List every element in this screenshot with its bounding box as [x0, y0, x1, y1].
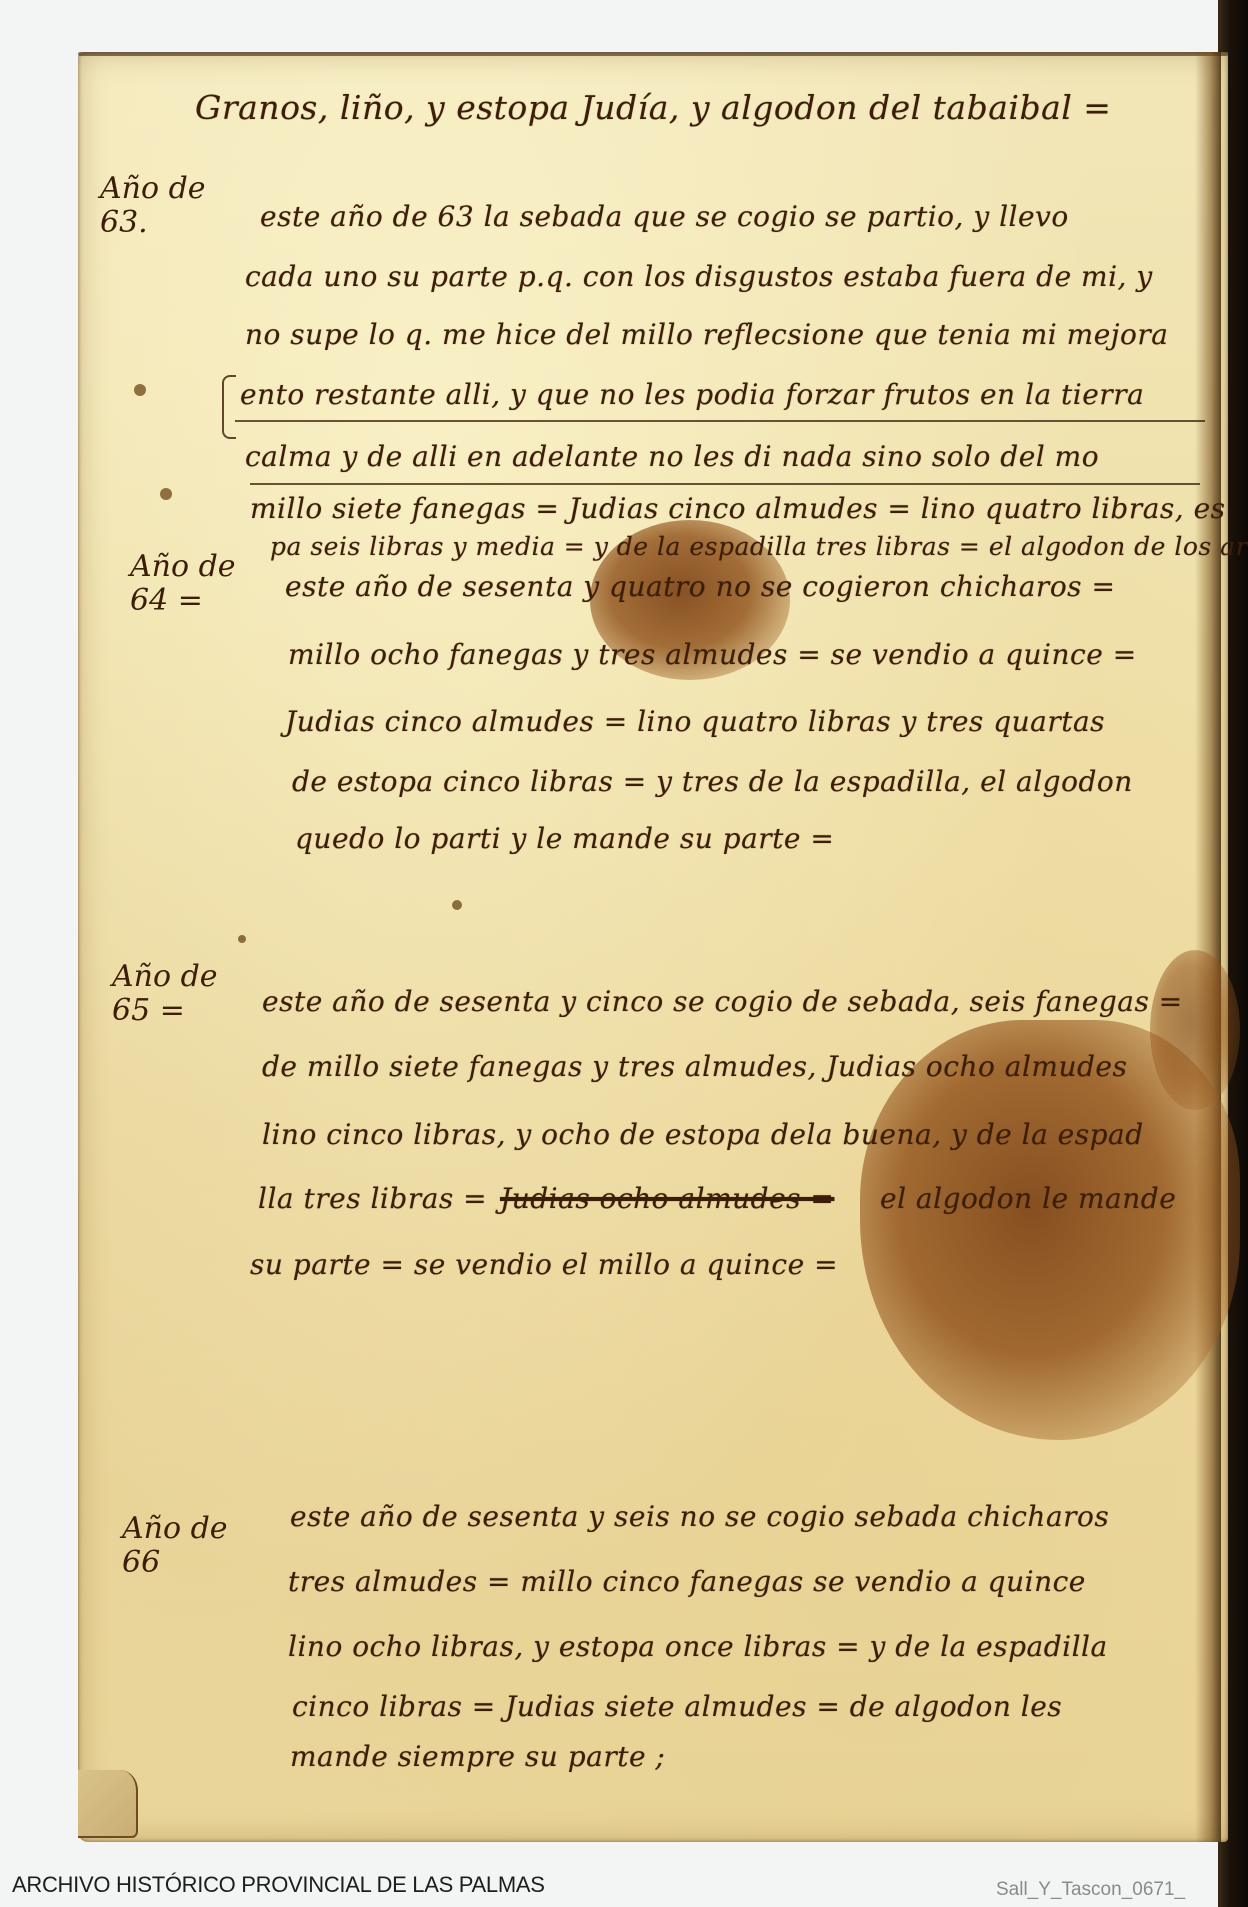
ink-spot: [134, 384, 146, 396]
entry-63-line-7: pa seis libras y media = y de la espadil…: [270, 532, 1248, 561]
entry-66-line-5: mande siempre su parte ;: [290, 1740, 665, 1773]
entry-63-line-1: este año de 63 la sebada que se cogio se…: [260, 200, 1069, 233]
page-edge: [78, 52, 1228, 56]
torn-page-corner: [78, 1770, 138, 1838]
entry-66-line-2: tres almudes = millo cinco fanegas se ve…: [288, 1565, 1086, 1598]
year-number: 66: [122, 1546, 228, 1580]
entry-66-line-4: cinco libras = Judias siete almudes = de…: [292, 1690, 1062, 1723]
water-stain-edge: [1150, 950, 1240, 1110]
year-label-text: Año de: [112, 960, 218, 994]
entry-64-line-4: de estopa cinco libras = y tres de la es…: [292, 765, 1133, 798]
ink-spot: [160, 488, 172, 500]
entry-63-line-2: cada uno su parte p.q. con los disgustos…: [245, 260, 1153, 293]
year-label-66: Año de 66: [122, 1512, 228, 1580]
entry-65-line-3: lino cinco libras, y ocho de estopa dela…: [262, 1118, 1144, 1151]
entry-63-line-5: calma y de alli en adelante no les di na…: [245, 440, 1099, 473]
year-label-63: Año de 63.: [100, 172, 206, 240]
entry-65-line-4: lla tres libras =: [258, 1182, 487, 1215]
page-gutter-shadow: [1195, 52, 1221, 1842]
image-code-caption: Sall_Y_Tascon_0671_: [996, 1879, 1185, 1901]
entry-66-line-1: este año de sesenta y seis no se cogio s…: [290, 1500, 1109, 1533]
entry-65-line-4b: el algodon le mande: [880, 1182, 1176, 1215]
entry-64-line-1: este año de sesenta y quatro no se cogie…: [285, 570, 1115, 603]
year-label-text: Año de: [130, 550, 236, 584]
ink-spot: [452, 900, 462, 910]
struck-through-text: Judias ocho almudes =: [500, 1182, 834, 1215]
year-number: 63.: [100, 206, 206, 240]
year-label-text: Año de: [122, 1512, 228, 1546]
year-label-text: Año de: [100, 172, 206, 206]
year-number: 65 =: [112, 994, 218, 1028]
entry-63-line-3: no supe lo q. me hice del millo reflecsi…: [245, 318, 1168, 351]
entry-65-line-2: de millo siete fanegas y tres almudes, J…: [262, 1050, 1127, 1083]
entry-66-line-3: lino ocho libras, y estopa once libras =…: [288, 1630, 1108, 1663]
year-label-64: Año de 64 =: [130, 550, 236, 618]
year-label-65: Año de 65 =: [112, 960, 218, 1028]
ink-spot: [238, 935, 246, 943]
entry-65-line-1: este año de sesenta y cinco se cogio de …: [262, 985, 1183, 1018]
entry-64-line-3: Judias cinco almudes = lino quatro libra…: [285, 705, 1105, 738]
entry-63-line-6: millo siete fanegas = Judias cinco almud…: [250, 492, 1226, 525]
archive-name-caption: ARCHIVO HISTÓRICO PROVINCIAL DE LAS PALM…: [12, 1872, 545, 1898]
entry-65-line-5: su parte = se vendio el millo a quince =: [250, 1248, 838, 1281]
underline-rule: [250, 483, 1200, 485]
margin-bracket: [222, 375, 236, 439]
entry-64-line-5: quedo lo parti y le mande su parte =: [295, 822, 834, 855]
underline-rule: [235, 420, 1205, 422]
document-title: Granos, liño, y estopa Judía, y algodon …: [195, 88, 1111, 127]
year-number: 64 =: [130, 584, 236, 618]
entry-64-line-2: millo ocho fanegas y tres almudes = se v…: [288, 638, 1137, 671]
entry-63-line-4: ento restante alli, y que no les podia f…: [240, 378, 1144, 411]
